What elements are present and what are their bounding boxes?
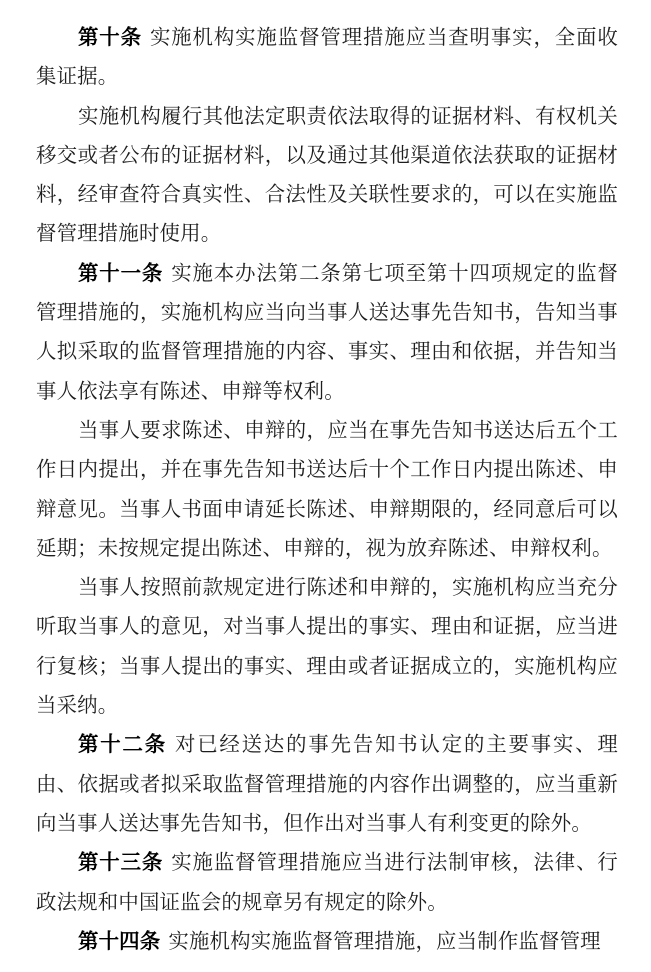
- document-page: 第十条实施机构实施监督管理措施应当查明事实，全面收集证据。 实施机构履行其他法定…: [36, 18, 618, 961]
- article-number: 第十三条: [78, 850, 163, 874]
- paragraph-text: 实施机构履行其他法定职责依法取得的证据材料、有权机关移交或者公布的证据材料，以及…: [36, 104, 618, 246]
- paragraph-article-14: 第十四条实施机构实施监督管理措施，应当制作监督管理: [36, 922, 618, 961]
- paragraph-text: 实施机构实施监督管理措施，应当制作监督管理: [168, 929, 600, 953]
- paragraph-article-11: 第十一条实施本办法第二条第七项至第十四项规定的监督管理措施的，实施机构应当向当事…: [36, 254, 618, 411]
- article-number: 第十条: [78, 25, 142, 49]
- article-number: 第十一条: [78, 261, 163, 285]
- article-number: 第十四条: [78, 929, 160, 953]
- paragraph-text: 当事人按照前款规定进行陈述和申辩的，实施机构应当充分听取当事人的意见，对当事人提…: [36, 575, 618, 717]
- paragraph-article-11-statement: 当事人要求陈述、申辩的，应当在事先告知书送达后五个工作日内提出，并在事先告知书送…: [36, 411, 618, 568]
- paragraph-article-10: 第十条实施机构实施监督管理措施应当查明事实，全面收集证据。: [36, 18, 618, 97]
- paragraph-article-10-evidence: 实施机构履行其他法定职责依法取得的证据材料、有权机关移交或者公布的证据材料，以及…: [36, 97, 618, 254]
- paragraph-text: 当事人要求陈述、申辩的，应当在事先告知书送达后五个工作日内提出，并在事先告知书送…: [36, 418, 618, 560]
- paragraph-article-11-review: 当事人按照前款规定进行陈述和申辩的，实施机构应当充分听取当事人的意见，对当事人提…: [36, 568, 618, 725]
- article-number: 第十二条: [78, 732, 167, 756]
- paragraph-article-12: 第十二条对已经送达的事先告知书认定的主要事实、理由、依据或者拟采取监督管理措施的…: [36, 725, 618, 843]
- paragraph-article-13: 第十三条实施监督管理措施应当进行法制审核，法律、行政法规和中国证监会的规章另有规…: [36, 843, 618, 922]
